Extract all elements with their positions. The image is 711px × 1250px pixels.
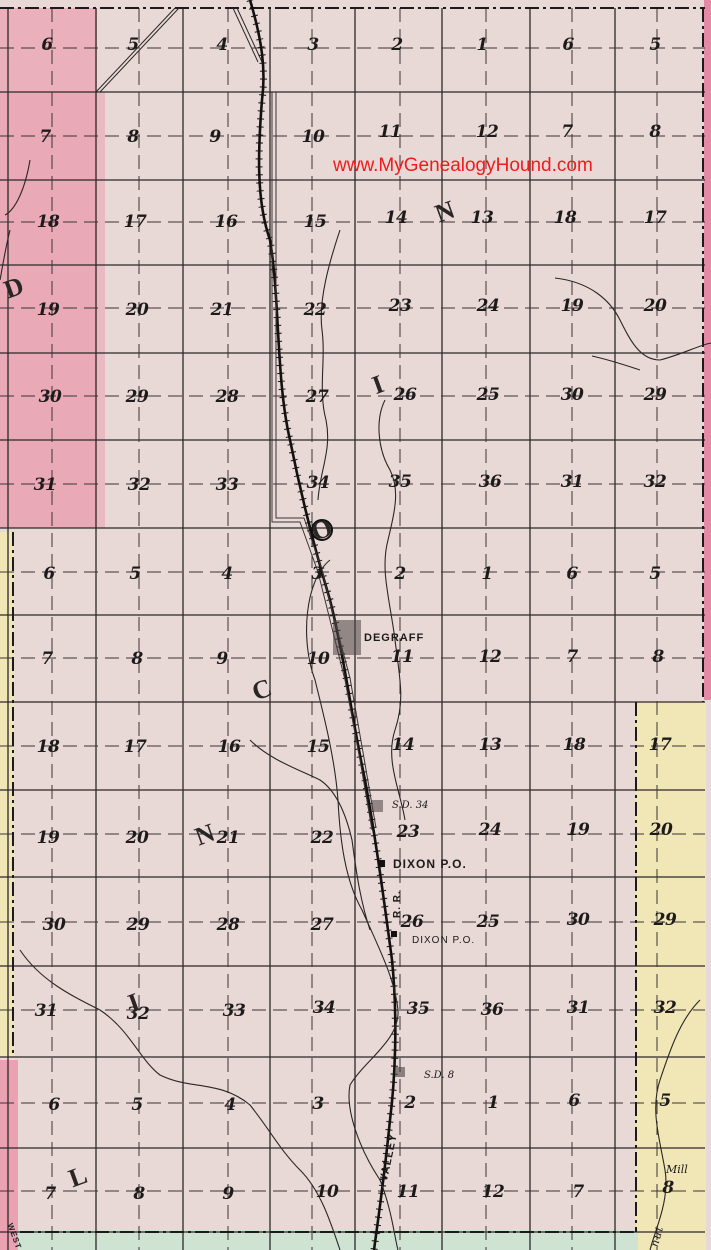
section-number: 1 bbox=[487, 1093, 498, 1113]
section-number: 25 bbox=[477, 912, 500, 932]
section-number: 23 bbox=[389, 296, 412, 316]
section-number: 17 bbox=[124, 212, 147, 232]
section-number: 11 bbox=[397, 1182, 420, 1202]
section-number: 10 bbox=[302, 127, 325, 147]
section-number: 6 bbox=[48, 1095, 59, 1115]
section-number: 20 bbox=[126, 828, 149, 848]
section-number: 29 bbox=[644, 385, 667, 405]
section-number: 8 bbox=[133, 1184, 144, 1204]
section-number: 7 bbox=[41, 649, 52, 669]
section-number: 5 bbox=[129, 564, 140, 584]
section-number: 31 bbox=[34, 475, 57, 495]
section-number: 4 bbox=[221, 564, 232, 584]
section-number: 25 bbox=[477, 385, 500, 405]
label-dixon-po-2: DIXON P.O. bbox=[412, 935, 475, 946]
section-number: 30 bbox=[561, 385, 584, 405]
section-number: 9 bbox=[216, 649, 227, 669]
section-number: 26 bbox=[394, 385, 417, 405]
section-number: 16 bbox=[218, 737, 241, 757]
section-number: 23 bbox=[397, 822, 420, 842]
section-number: 8 bbox=[652, 647, 663, 667]
section-number: 36 bbox=[479, 472, 502, 492]
label-degraff: DEGRAFF bbox=[364, 632, 424, 644]
label-school-district-8: S.D. 8 bbox=[424, 1070, 454, 1081]
section-number: 15 bbox=[304, 212, 327, 232]
section-number: 27 bbox=[306, 387, 329, 407]
section-number: 6 bbox=[562, 35, 573, 55]
label-railroad-rr: R. R. bbox=[392, 890, 403, 918]
section-number: 10 bbox=[316, 1182, 339, 1202]
section-number: 10 bbox=[307, 649, 330, 669]
section-number: 29 bbox=[126, 387, 149, 407]
section-number: 32 bbox=[128, 475, 151, 495]
section-number: 20 bbox=[644, 296, 667, 316]
section-number: 19 bbox=[37, 828, 60, 848]
section-number: 13 bbox=[479, 735, 502, 755]
section-number: 21 bbox=[217, 828, 240, 848]
section-number: 5 bbox=[659, 1091, 670, 1111]
section-number: 30 bbox=[567, 910, 590, 930]
section-number: 34 bbox=[307, 473, 330, 493]
section-number: 19 bbox=[561, 296, 584, 316]
section-number: 9 bbox=[222, 1184, 233, 1204]
map-linework bbox=[0, 0, 711, 1250]
section-number: 30 bbox=[43, 915, 66, 935]
watermark-url[interactable]: www.MyGenealogyHound.com bbox=[333, 155, 593, 177]
section-number: 14 bbox=[392, 735, 415, 755]
section-number: 35 bbox=[389, 472, 412, 492]
section-number: 2 bbox=[391, 35, 402, 55]
section-number: 6 bbox=[43, 564, 54, 584]
section-number: 3 bbox=[312, 1094, 323, 1114]
section-number: 31 bbox=[35, 1001, 58, 1021]
section-number: 17 bbox=[124, 737, 147, 757]
label-mill: Mill bbox=[666, 1163, 688, 1176]
section-number: 2 bbox=[394, 564, 405, 584]
section-number: 11 bbox=[391, 647, 414, 667]
section-number: 18 bbox=[37, 212, 60, 232]
section-number: 8 bbox=[127, 127, 138, 147]
section-number: 12 bbox=[482, 1182, 505, 1202]
section-number: 1 bbox=[481, 564, 492, 584]
section-number: 6 bbox=[568, 1091, 579, 1111]
section-number: 22 bbox=[304, 300, 327, 320]
section-number: 20 bbox=[650, 820, 673, 840]
section-number: 8 bbox=[131, 649, 142, 669]
section-number: 5 bbox=[649, 35, 660, 55]
degraff-town-block bbox=[333, 620, 361, 655]
section-number: 17 bbox=[649, 735, 672, 755]
section-number: 20 bbox=[126, 300, 149, 320]
section-number: 22 bbox=[311, 828, 334, 848]
section-number: 18 bbox=[554, 208, 577, 228]
section-number: 3 bbox=[311, 564, 322, 584]
section-number: 3 bbox=[307, 35, 318, 55]
section-number: 31 bbox=[561, 472, 584, 492]
section-number: 28 bbox=[217, 915, 240, 935]
section-number: 31 bbox=[567, 998, 590, 1018]
section-number: 19 bbox=[37, 300, 60, 320]
section-number: 35 bbox=[407, 999, 430, 1019]
section-number: 26 bbox=[401, 912, 424, 932]
section-number: 8 bbox=[649, 122, 660, 142]
township-map: www.MyGenealogyHound.com 654321657891011… bbox=[0, 0, 711, 1250]
section-number: 8 bbox=[662, 1178, 673, 1198]
section-number: 12 bbox=[476, 122, 499, 142]
section-number: 4 bbox=[224, 1095, 235, 1115]
section-number: 2 bbox=[404, 1093, 415, 1113]
section-number: 7 bbox=[572, 1182, 583, 1202]
section-number: 24 bbox=[479, 820, 502, 840]
section-number: 29 bbox=[127, 915, 150, 935]
section-number: 12 bbox=[479, 647, 502, 667]
section-number: 32 bbox=[654, 998, 677, 1018]
section-number: 19 bbox=[567, 820, 590, 840]
section-number: 13 bbox=[471, 208, 494, 228]
section-number: 27 bbox=[311, 915, 334, 935]
section-number: 7 bbox=[44, 1184, 55, 1204]
section-number: 6 bbox=[566, 564, 577, 584]
section-number: 29 bbox=[654, 910, 677, 930]
section-number: 21 bbox=[211, 300, 234, 320]
section-number: 5 bbox=[649, 564, 660, 584]
section-number: 18 bbox=[37, 737, 60, 757]
section-number: 14 bbox=[385, 208, 408, 228]
section-number: 33 bbox=[223, 1001, 246, 1021]
section-number: 30 bbox=[39, 387, 62, 407]
section-number: 4 bbox=[216, 35, 227, 55]
label-dixon-po-1: DIXON P.O. bbox=[393, 857, 467, 871]
section-number: 17 bbox=[644, 208, 667, 228]
section-number: 11 bbox=[379, 122, 402, 142]
section-number: 34 bbox=[313, 998, 336, 1018]
section-number: 18 bbox=[563, 735, 586, 755]
section-number: 15 bbox=[307, 737, 330, 757]
section-number: 33 bbox=[216, 475, 239, 495]
section-number: 5 bbox=[131, 1095, 142, 1115]
section-number: 7 bbox=[566, 647, 577, 667]
label-school-district-34: S.D. 34 bbox=[392, 800, 428, 811]
section-number: 28 bbox=[216, 387, 239, 407]
section-number: 7 bbox=[561, 122, 572, 142]
section-number: 36 bbox=[481, 1000, 504, 1020]
section-number: 32 bbox=[644, 472, 667, 492]
section-number: 1 bbox=[476, 35, 487, 55]
section-number: 16 bbox=[215, 212, 238, 232]
section-number: 5 bbox=[127, 35, 138, 55]
section-number: 7 bbox=[39, 127, 50, 147]
section-number: 6 bbox=[41, 35, 52, 55]
section-number: 24 bbox=[477, 296, 500, 316]
section-number: 9 bbox=[209, 127, 220, 147]
